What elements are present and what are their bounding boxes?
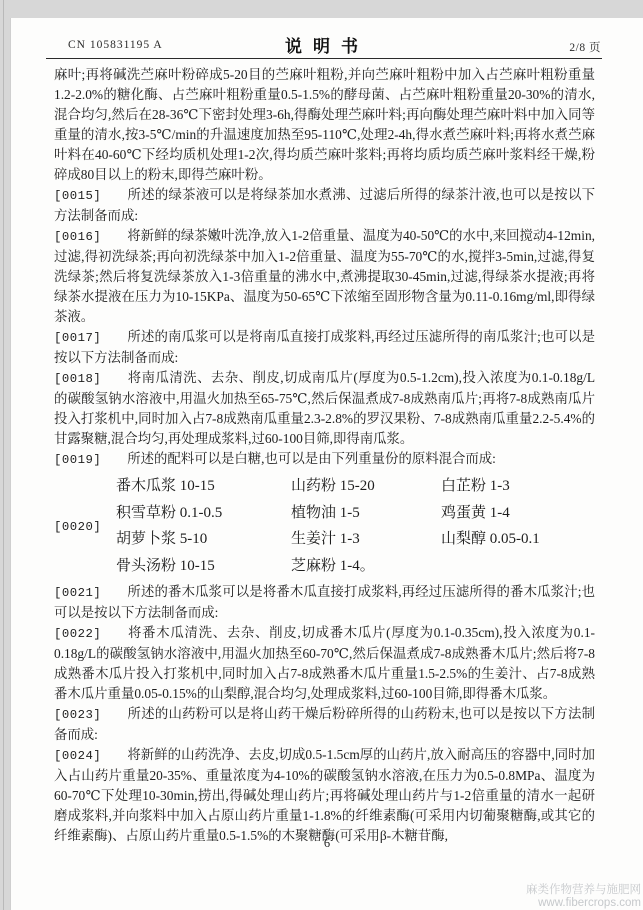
paragraph-text: 所述的配料可以是白糖,也可以是由下列重量份的原料混合而成: <box>127 451 496 466</box>
paragraph: [0023]所述的山药粉可以是将山药干燥后粉碎所得的山药粉末,也可以是按以下方法… <box>54 704 595 745</box>
specification-body: 麻叶;再将碱洗苎麻叶粉碎成5-20目的苎麻叶粗粉,并向苎麻叶粗粉中加入占苎麻叶粗… <box>54 65 595 846</box>
watermark-site-url: www.fibercrops.com <box>526 897 641 910</box>
paragraph-tag: [0019] <box>54 450 101 470</box>
paragraph-text: 麻叶;再将碱洗苎麻叶粉碎成5-20目的苎麻叶粗粉,并向苎麻叶粗粉中加入占苎麻叶粗… <box>54 67 595 182</box>
watermark-site-name: 麻类作物营养与施肥网 <box>526 884 641 897</box>
ingredient-row: 胡萝卜浆 5-10 生姜汁 1-3 山梨醇 0.05-0.1 <box>116 526 595 553</box>
header-rule <box>46 58 602 59</box>
paragraph-text: 将南瓜清洗、去杂、削皮,切成南瓜片(厚度为0.5-1.2cm),投入浓度为0.1… <box>54 370 595 446</box>
ingredient-cell: 生姜汁 1-3 <box>291 526 441 553</box>
paragraph-text: 将番木瓜清洗、去杂、削皮,切成番木瓜片(厚度为0.1-0.35cm),投入浓度为… <box>54 625 595 701</box>
paragraph: [0018]将南瓜清洗、去杂、削皮,切成南瓜片(厚度为0.5-1.2cm),投入… <box>54 368 595 449</box>
paragraph-tag: [0016] <box>54 227 101 247</box>
ingredient-cell: 胡萝卜浆 5-10 <box>116 526 291 553</box>
ingredient-cell: 植物油 1-5 <box>291 500 441 527</box>
document-title: 说明书 <box>285 32 369 57</box>
ingredient-cell <box>441 553 595 580</box>
ingredient-cell: 骨头汤粉 10-15 <box>116 553 291 580</box>
ingredient-cell: 芝麻粉 1-4。 <box>291 553 441 580</box>
paragraph: [0017]所述的南瓜浆可以是将南瓜直接打成浆料,再经过压滤所得的南瓜浆汁;也可… <box>54 327 595 368</box>
paragraph-tag: [0023] <box>54 705 101 725</box>
paragraph: [0021]所述的番木瓜浆可以是将番木瓜直接打成浆料,再经过压滤所得的番木瓜浆汁… <box>54 582 595 623</box>
paragraph-tag: [0024] <box>54 746 101 766</box>
paragraph-tag: [0018] <box>54 369 101 389</box>
paragraph-tag: [0022] <box>54 624 101 644</box>
page-number: 6 <box>11 836 643 851</box>
paragraph-text: 所述的番木瓜浆可以是将番木瓜直接打成浆料,再经过压滤所得的番木瓜浆汁;也可以是按… <box>54 584 595 620</box>
paragraph-tag: [0021] <box>54 583 101 603</box>
ingredient-cell: 鸡蛋黄 1-4 <box>441 500 595 527</box>
paragraph: [0024]将新鲜的山药洗净、去皮,切成0.5-1.5cm厚的山药片,放入耐高压… <box>54 745 595 846</box>
paragraph-text: 将新鲜的山药洗净、去皮,切成0.5-1.5cm厚的山药片,放入耐高压的容器中,同… <box>54 747 595 843</box>
ingredient-cell: 山梨醇 0.05-0.1 <box>441 526 595 553</box>
ingredient-row: 骨头汤粉 10-15 芝麻粉 1-4。 <box>116 553 595 580</box>
paragraph: [0015]所述的绿茶液可以是将绿茶加水煮沸、过滤后所得的绿茶汁液,也可以是按以… <box>54 185 595 226</box>
paragraph: [0016]将新鲜的绿茶嫩叶洗净,放入1-2倍重量、温度为40-50℃的水中,来… <box>54 226 595 327</box>
patent-page: CN 105831195 A 说明书 2/8 页 麻叶;再将碱洗苎麻叶粉碎成5-… <box>10 18 643 910</box>
ingredient-table: [0020] 番木瓜浆 10-15 山药粉 15-20 白芷粉 1-3 积雪草粉… <box>54 473 595 579</box>
watermark: 麻类作物营养与施肥网 www.fibercrops.com <box>526 884 641 909</box>
page-indicator: 2/8 页 <box>569 39 601 55</box>
ingredient-row: 番木瓜浆 10-15 山药粉 15-20 白芷粉 1-3 <box>116 473 595 500</box>
ingredient-cell: 番木瓜浆 10-15 <box>116 473 291 500</box>
paragraph-text: 所述的南瓜浆可以是将南瓜直接打成浆料,再经过压滤所得的南瓜浆汁;也可以是按以下方… <box>54 329 595 365</box>
scan-edge-line <box>3 0 4 910</box>
ingredient-cell: 白芷粉 1-3 <box>441 473 595 500</box>
paragraph: [0019]所述的配料可以是白糖,也可以是由下列重量份的原料混合而成: <box>54 449 595 470</box>
paragraph-text: 所述的绿茶液可以是将绿茶加水煮沸、过滤后所得的绿茶汁液,也可以是按以下方法制备而… <box>54 187 595 223</box>
ingredient-row: 积雪草粉 0.1-0.5 植物油 1-5 鸡蛋黄 1-4 <box>116 500 595 527</box>
paragraph-tag: [0020] <box>54 520 101 534</box>
paragraph: [0022]将番木瓜清洗、去杂、削皮,切成番木瓜片(厚度为0.1-0.35cm)… <box>54 623 595 704</box>
paragraph: 麻叶;再将碱洗苎麻叶粉碎成5-20目的苎麻叶粗粉,并向苎麻叶粗粉中加入占苎麻叶粗… <box>54 65 595 185</box>
ingredient-cell: 山药粉 15-20 <box>291 473 441 500</box>
ingredient-cell: 积雪草粉 0.1-0.5 <box>116 500 291 527</box>
document-number: CN 105831195 A <box>68 39 163 51</box>
page-header: CN 105831195 A 说明书 2/8 页 <box>11 34 643 58</box>
paragraph-tag: [0017] <box>54 328 101 348</box>
paragraph-text: 所述的山药粉可以是将山药干燥后粉碎所得的山药粉末,也可以是按以下方法制备而成: <box>54 706 595 742</box>
paragraph-tag: [0015] <box>54 186 101 206</box>
paragraph-text: 将新鲜的绿茶嫩叶洗净,放入1-2倍重量、温度为40-50℃的水中,来回搅动4-1… <box>54 228 595 324</box>
